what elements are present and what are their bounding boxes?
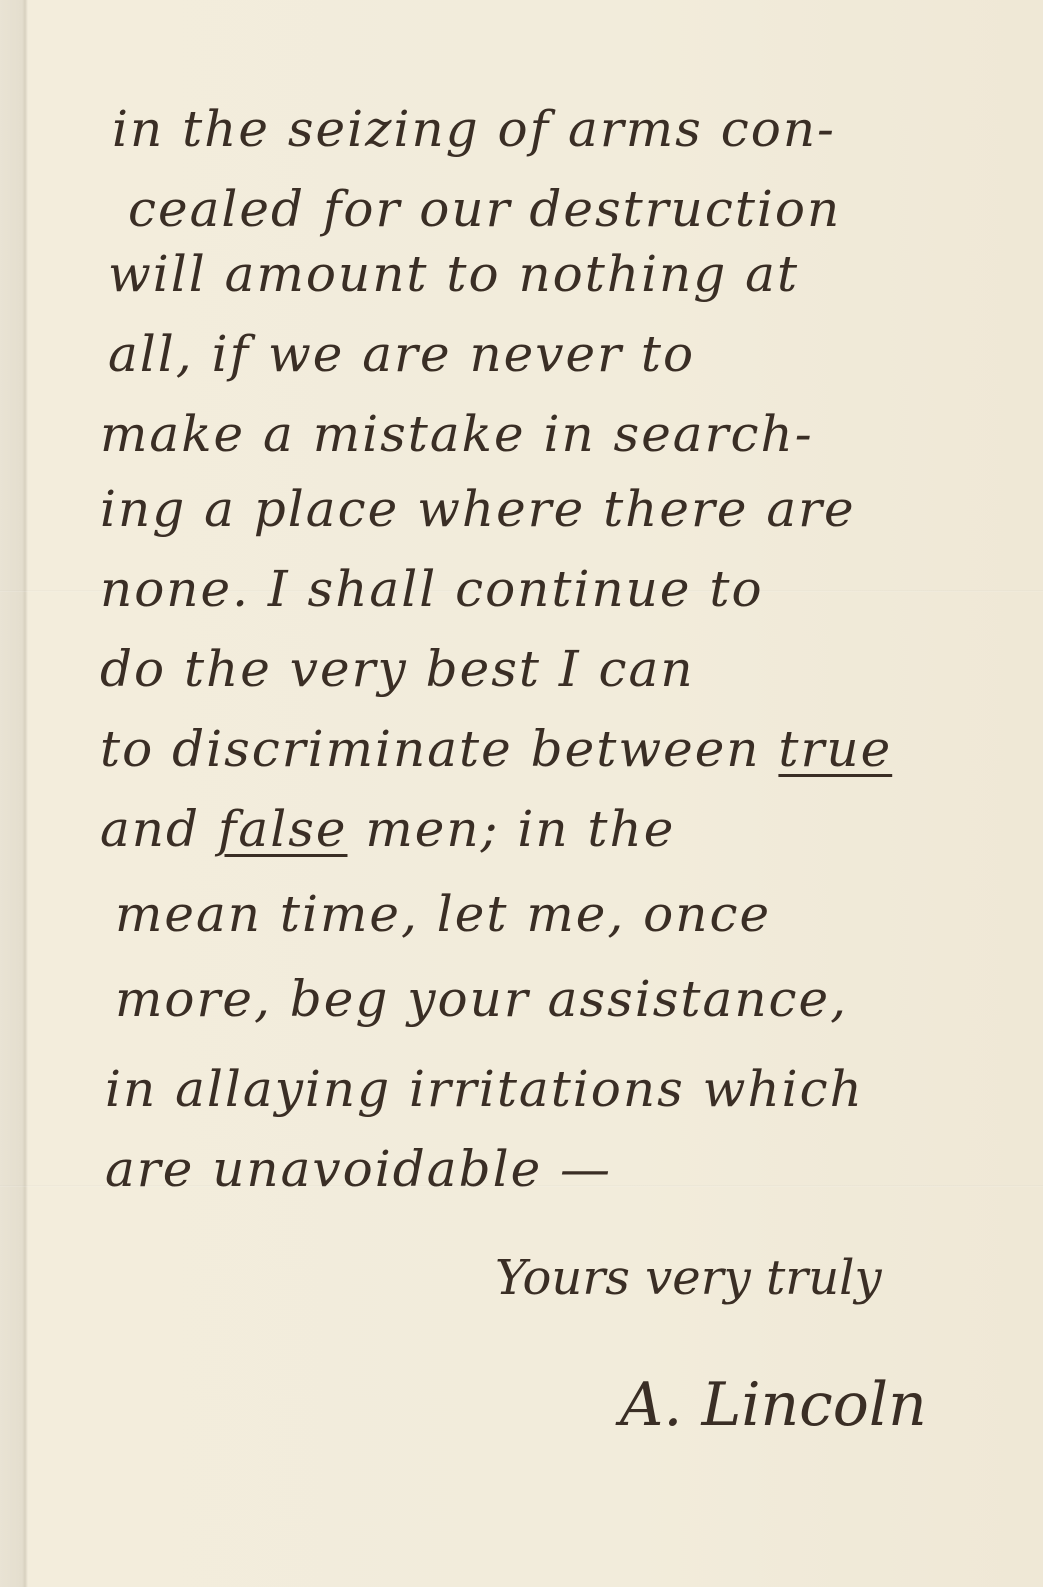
letter-line: ing a place where there are: [100, 480, 856, 538]
letter-line: none. I shall continue to: [100, 560, 764, 618]
underlined-word-true: true: [778, 720, 892, 778]
letter-text: to discriminate between: [100, 720, 778, 778]
letter-line: more, beg your assistance,: [115, 970, 848, 1028]
letter-text: and: [100, 800, 218, 858]
letter-line: in the seizing of arms con-: [112, 100, 836, 158]
letter-line: are unavoidable —: [105, 1140, 612, 1198]
letter-line: and false men; in the: [100, 800, 675, 858]
letter-line: all, if we are never to: [108, 325, 695, 383]
letter-line: to discriminate between true: [100, 720, 892, 778]
letter-line: make a mistake in search-: [100, 405, 814, 463]
letter-line: in allaying irritations which: [105, 1060, 864, 1118]
letter-text: men; in the: [347, 800, 675, 858]
letter-page: in the seizing of arms con- cealed for o…: [0, 0, 1043, 1587]
underlined-word-false: false: [218, 800, 348, 858]
letter-line: will amount to nothing at: [108, 245, 799, 303]
signature: A. Lincoln: [620, 1370, 927, 1440]
letter-line: mean time, let me, once: [115, 885, 771, 943]
letter-line: do the very best I can: [100, 640, 695, 698]
closing: Yours very truly: [495, 1250, 882, 1306]
letter-line: cealed for our destruction: [128, 180, 841, 238]
